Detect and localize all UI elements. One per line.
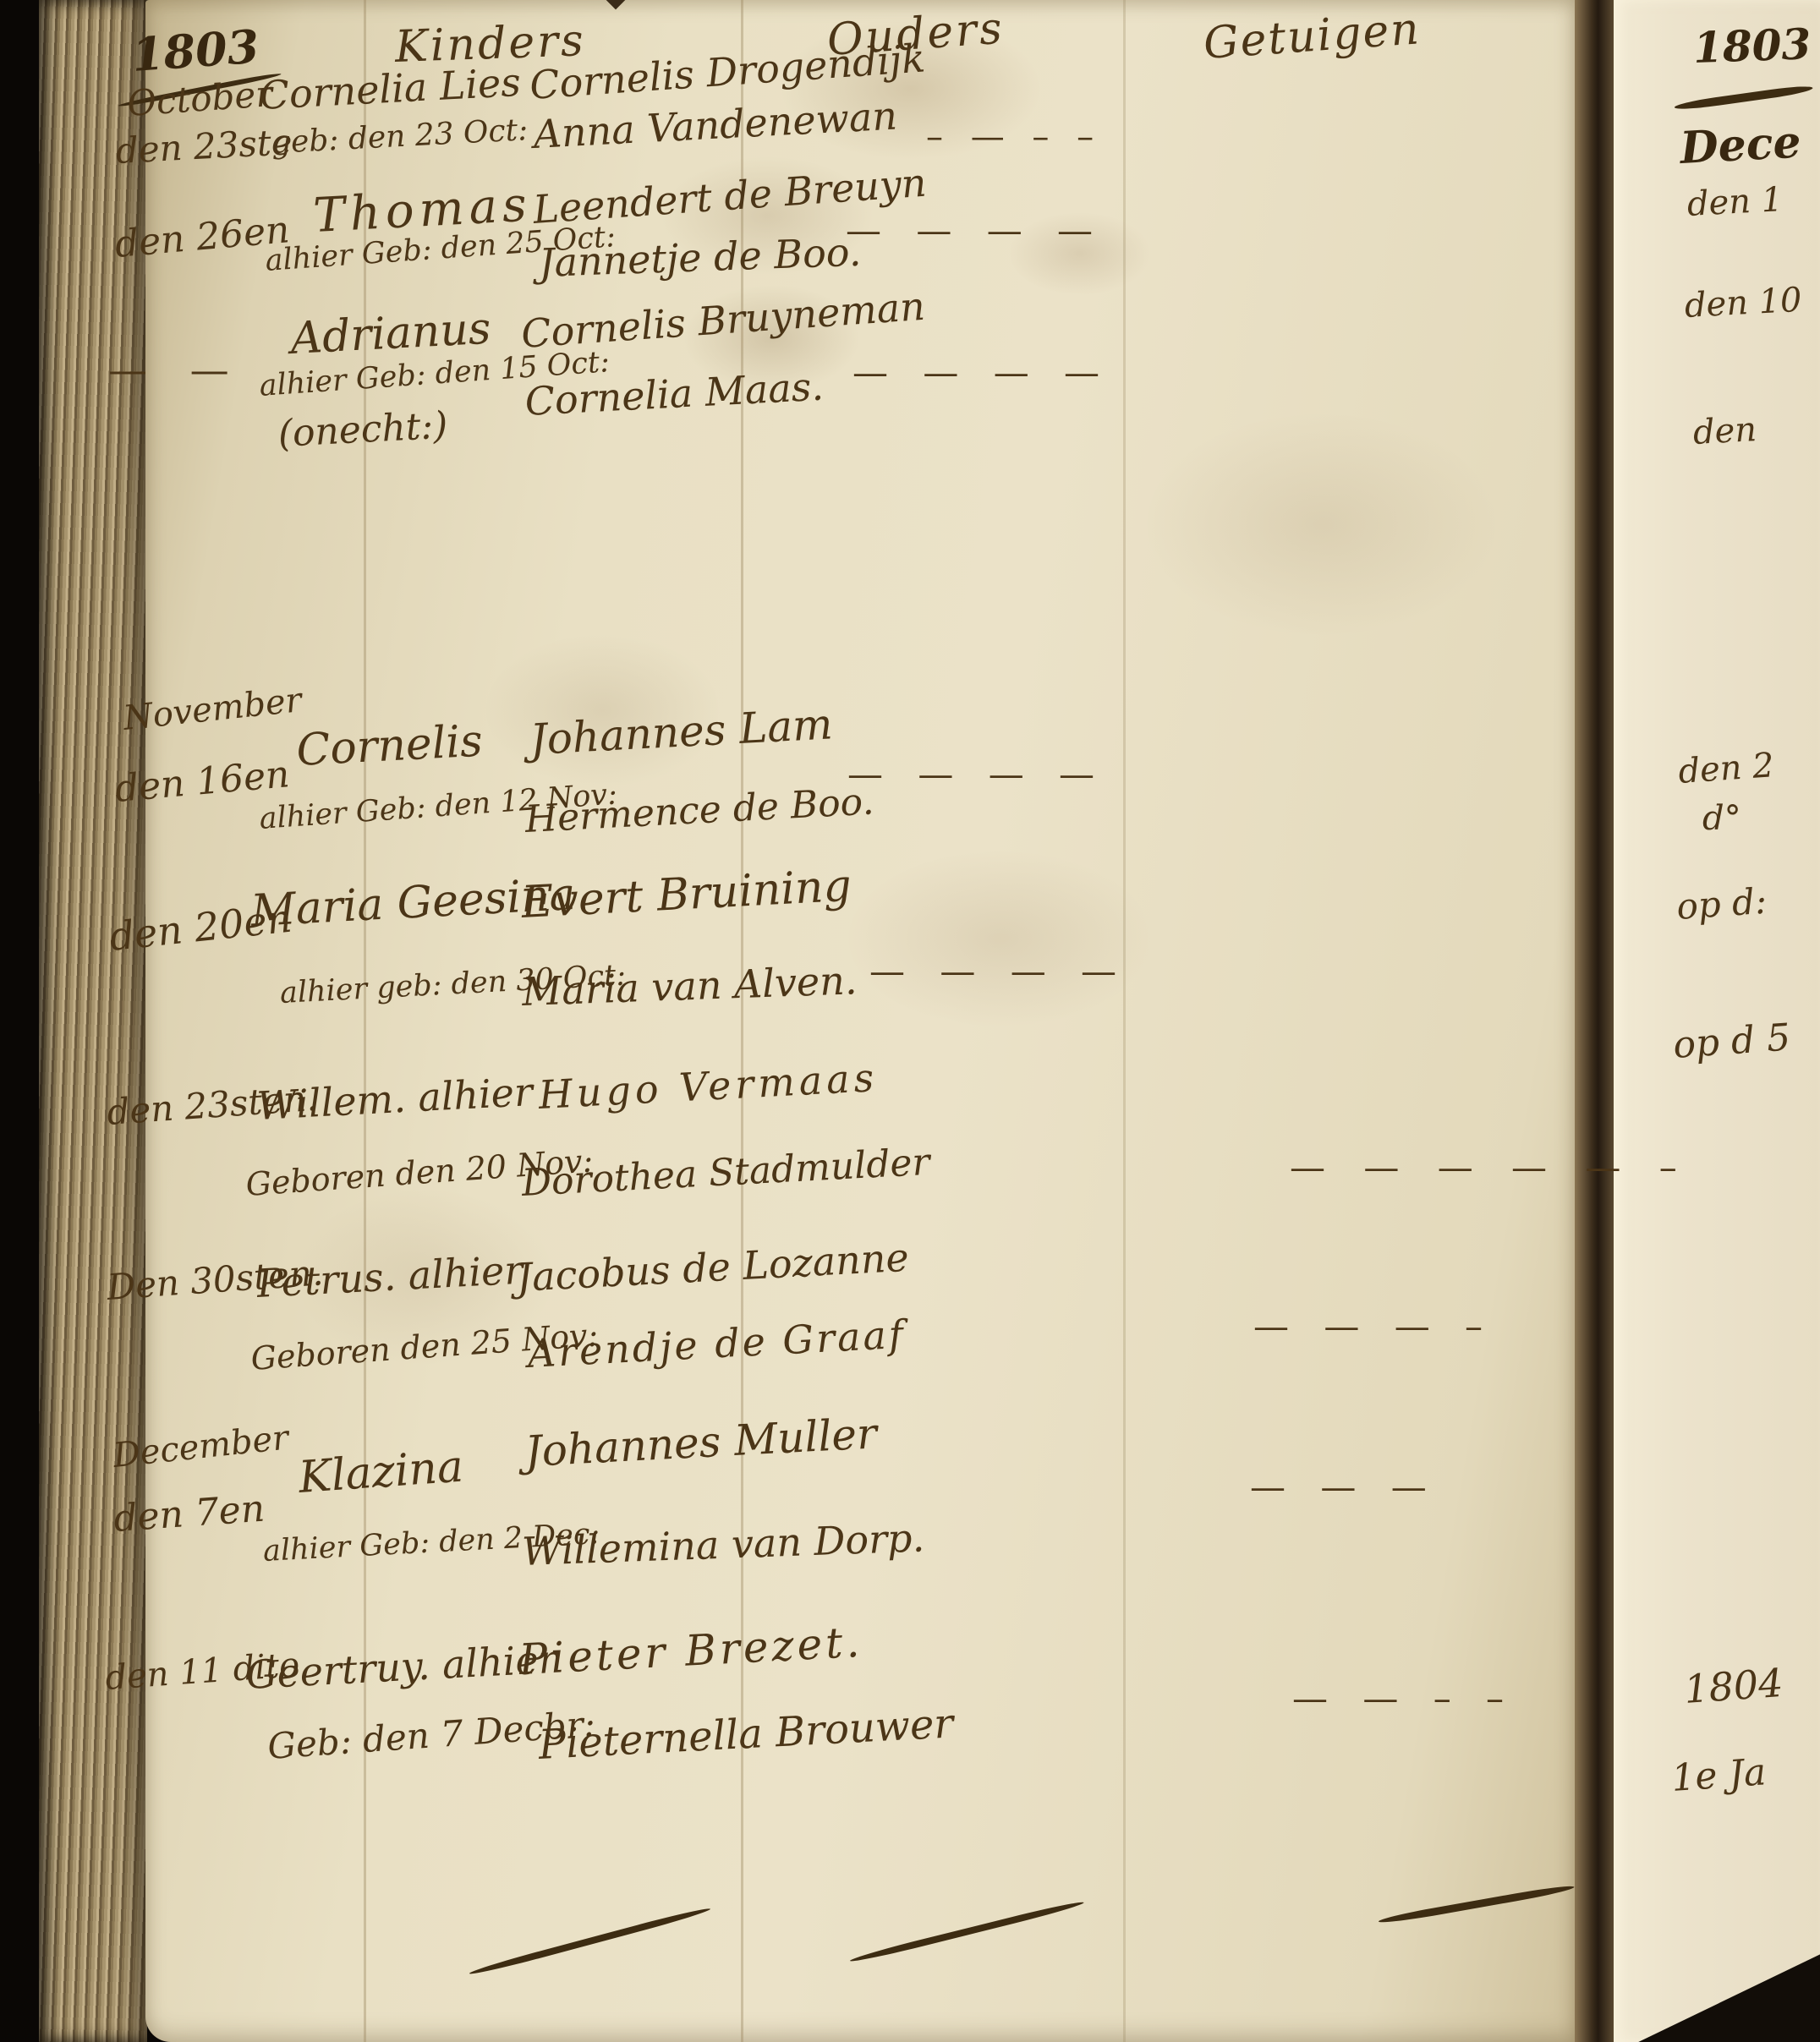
mother-name: Jannetje de Boo. xyxy=(538,233,862,282)
scanned-register-photo: 1803 Kinders Ouders Getuigen October den… xyxy=(0,0,1820,2042)
child-name: Klazina xyxy=(297,1445,464,1500)
entry-date-dashes: — — xyxy=(108,350,244,389)
witness-dashes: – — – – xyxy=(926,120,1102,154)
witness-dashes: — — — — xyxy=(846,213,1105,249)
witness-dashes: — — — — xyxy=(847,757,1106,792)
witness-dashes: — — — xyxy=(1250,1470,1439,1505)
witness-dashes: — — — — — – xyxy=(1290,1150,1691,1185)
next-page-dito-mark: d° xyxy=(1702,802,1741,835)
next-page-year2: 1804 xyxy=(1683,1663,1784,1709)
next-page-date-fragment: den 1 xyxy=(1686,183,1784,222)
entry-date-day: den 23ste xyxy=(115,124,293,169)
next-page-date-fragment: den 10 xyxy=(1684,283,1803,323)
column-crease xyxy=(1123,0,1126,2042)
witness-dashes: — — — — xyxy=(852,355,1111,391)
year-heading: 1803 xyxy=(130,24,260,78)
next-page-year: 1803 xyxy=(1692,23,1812,69)
register-right-page-edge: 1803 Dece den 1 den 10 den den 2 d° op d… xyxy=(1614,0,1820,2042)
child-name: Cornelis xyxy=(295,720,484,773)
witness-dashes: — — — — xyxy=(869,954,1128,989)
next-page-date-fragment: den xyxy=(1692,413,1757,450)
book-gutter-shadow xyxy=(1575,0,1614,2042)
next-page-date-fragment: op d: xyxy=(1675,884,1768,925)
illegitimate-note: (onecht:) xyxy=(277,408,449,453)
entry-date: October xyxy=(126,76,273,122)
child-name: Adrianus xyxy=(289,307,491,361)
year-underline-flourish xyxy=(1674,84,1813,112)
photo-background-corner xyxy=(1614,1924,1820,2042)
ink-blot xyxy=(606,0,626,9)
book-page-edges xyxy=(39,0,147,2042)
witness-dashes: — — – – xyxy=(1292,1681,1516,1716)
witness-dashes: — — — – xyxy=(1253,1309,1494,1344)
mother-name: Maria van Alven. xyxy=(521,961,858,1011)
next-page-jan-fragment: 1e Ja xyxy=(1670,1754,1768,1798)
next-page-date-fragment: op d 5 xyxy=(1672,1019,1792,1065)
next-page-month: Dece xyxy=(1679,121,1801,171)
next-page-date-fragment: den 2 xyxy=(1677,748,1775,789)
entry-date-day: den 7en xyxy=(112,1491,266,1538)
